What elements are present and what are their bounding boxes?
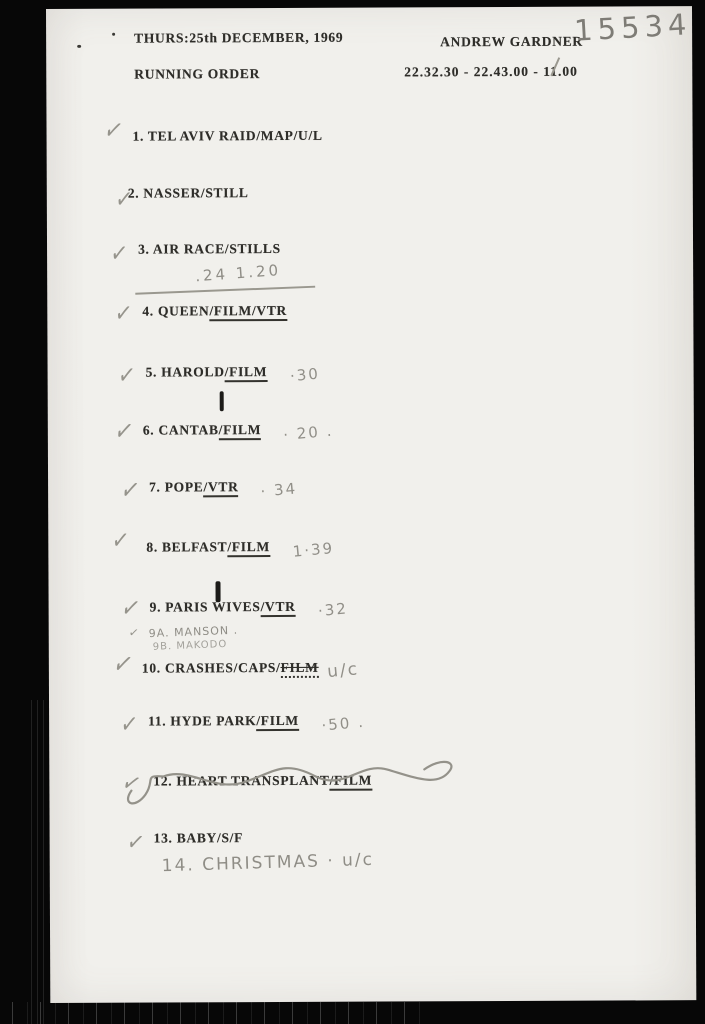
checkmark-icon: ✓ [124,827,146,859]
item-text: 1. TEL AVIV RAID/MAP/U/L [133,128,323,144]
item-text-underlined: /VTR [261,599,296,617]
handwritten-timing-above-item-4: .24 1.20 [195,261,282,285]
scan-speck [112,33,115,36]
pencil-scribble [119,747,469,809]
running-order-item-2: ✓ 2. NASSER/STILL [128,184,249,203]
item-text: 9. PARIS WIVES [150,599,261,614]
presenter-name: ANDREW GARDNER [440,34,583,51]
item-text: 4. QUEEN [142,303,209,318]
handwritten-duration: ·50 . [320,713,365,735]
checkmark-icon: ✓ [112,414,136,450]
item-text-underlined: /FILM [219,422,262,440]
item-text: 13. BABY/S/F [154,830,243,845]
handwritten-item-14: 14. CHRISTMAS · u/c [161,850,374,876]
checkmark-icon: ✓ [113,184,134,216]
item-text: 7. POPE [149,479,203,494]
pencil-underline [135,286,315,295]
item-text: 11. HYDE PARK [148,713,256,728]
scan-speck [77,45,81,48]
item-text: 3. AIR RACE/STILLS [138,241,281,257]
item-text: 10. CRASHES/CAPS/ [142,660,281,676]
handwritten-insert-9b: 9B. MAKODO [153,639,228,653]
item-text: 8. BELFAST [146,539,227,554]
item-text-struck: FILM [281,660,319,678]
ink-mark [220,391,224,411]
checkmark-icon: ✓ [109,238,130,270]
item-text: 2. NASSER/STILL [128,185,249,201]
item-text: 6. CANTAB [143,422,219,437]
checkmark-icon: ✓ [101,113,126,149]
handwritten-duration: ·32 [317,599,348,620]
handwritten-duration: 1·39 [292,539,335,561]
running-order-item-10: ✓ 10. CRASHES/CAPS/FILMu/c [142,657,359,678]
running-order-item-9: ✓ 9. PARIS WIVES/VTR·32 [150,597,348,617]
running-order-item-11: ✓ 11. HYDE PARK/FILM·50 . [148,711,364,731]
handwritten-doc-number: 15534 [573,7,692,48]
running-order-item-8: ✓ 8. BELFAST/FILM1·39 [146,537,333,557]
checkmark-icon: ✓ [116,360,137,392]
running-order-item-7: ✓ 7. POPE/VTR· 34 [149,477,297,497]
running-order-item-6: ✓ 6. CANTAB/FILM· 20 . [143,420,334,440]
film-edge-streaks-bottom [0,1002,430,1024]
item-text-underlined: /FILM [227,539,270,557]
handwritten-uc-mark: u/c [326,659,360,682]
checkmark-icon: ✓ [109,645,136,684]
item-text-underlined: /FILM/VTR [209,303,287,321]
checkmark-icon: ✓ [113,298,134,330]
item-text-underlined: /FILM [225,364,268,382]
checkmark-icon: ✓ [110,525,131,557]
item-text-underlined: /FILM [256,713,299,731]
checkmark-icon: ✓ [119,709,140,741]
item-text: 5. HAROLD [146,364,225,379]
handwritten-duration: · 20 . [283,422,335,445]
running-order-item-1: ✓ 1. TEL AVIV RAID/MAP/U/L [133,127,323,146]
paper-sheet: THURS:25th DECEMBER, 1969 RUNNING ORDER … [46,6,696,1003]
handwritten-insert-9a: 9A. MANSON . [148,624,238,641]
running-order-item-5: ✓ 5. HAROLD/FILM·30 [146,362,320,382]
handwritten-duration: ·30 [289,365,320,386]
date-line: THURS:25th DECEMBER, 1969 [134,30,343,47]
running-order-item-4: ✓ 4. QUEEN/FILM/VTR [142,302,287,321]
item-text-underlined: /VTR [203,479,238,497]
film-edge-streaks-left [26,700,48,1024]
running-order-item-3: ✓ 3. AIR RACE/STILLS [138,240,281,259]
page-title: RUNNING ORDER [134,66,260,83]
checkmark-icon: ✓ [118,590,143,626]
running-order-item-13: ✓ 13. BABY/S/F [154,829,243,847]
checkmark-icon: ✓ [118,473,142,509]
handwritten-duration: · 34 [260,479,298,500]
scanned-document-page: { "colors": { "paper": "#f1f0ec", "ink":… [0,0,705,1024]
checkmark-icon: ✓ [128,625,140,640]
